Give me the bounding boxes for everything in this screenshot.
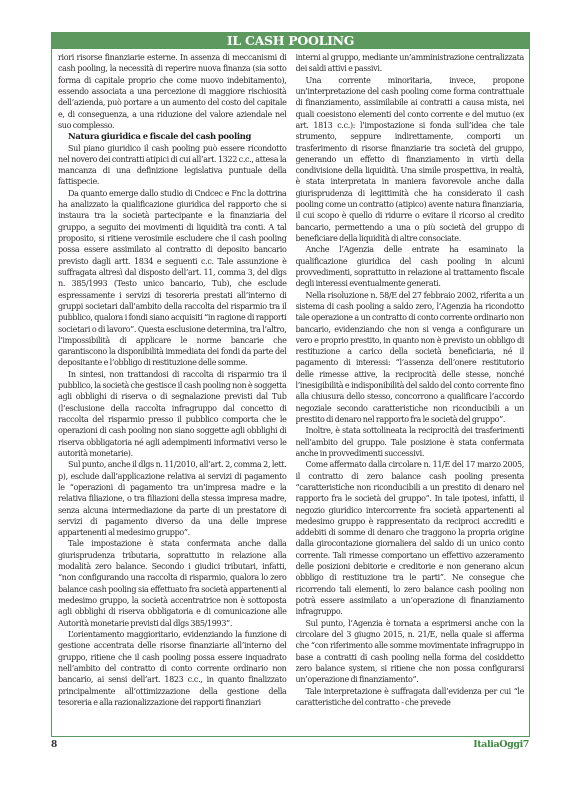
article-body: riori risorse finanziarie esterne. In as…	[58, 52, 524, 734]
subheading: Natura giuridica e fiscale del cash pool…	[58, 131, 287, 142]
article-frame: IL CASH POOLING riori risorse finanziari…	[51, 32, 530, 737]
paragraph: Sul piano giuridico il cash pooling può …	[58, 143, 287, 188]
paragraph: Inoltre, è stata sottolineata la recipro…	[296, 425, 525, 459]
paragraph: Anche l’Agenzia delle entrate ha esamina…	[296, 244, 525, 289]
paragraph: Tale interpretazione è suffragata dall’e…	[296, 686, 525, 709]
paragraph: Da quanto emerge dallo studio di Cndcec …	[58, 188, 287, 369]
paragraph: In sintesi, non trattandosi di raccolta …	[58, 369, 287, 460]
paragraph: riori risorse finanziarie esterne. In as…	[58, 52, 287, 131]
paragraph: Nella risoluzione n. 58/E del 27 febbrai…	[296, 290, 525, 426]
left-column: riori risorse finanziarie esterne. In as…	[58, 52, 287, 734]
page-number: 8	[51, 740, 57, 750]
section-title: IL CASH POOLING	[52, 33, 529, 49]
publication-logo: ItaliaOggi7	[473, 739, 529, 750]
right-column: interni al gruppo, mediante un’amministr…	[296, 52, 525, 734]
paragraph: Tale impostazione è stata confermata anc…	[58, 538, 287, 629]
paragraph: interni al gruppo, mediante un’amministr…	[296, 52, 525, 75]
paragraph: Come affermato dalla circolare n. 11/E d…	[296, 459, 525, 617]
paragraph: L’orientamento maggioritario, evidenzian…	[58, 629, 287, 708]
paragraph: Una corrente minoritaria, invece, propon…	[296, 75, 525, 245]
paragraph: Sul punto, l’Agenzia è tornata a esprime…	[296, 618, 525, 686]
paragraph: Sul punto, anche il dlgs n. 11/2010, all…	[58, 459, 287, 538]
